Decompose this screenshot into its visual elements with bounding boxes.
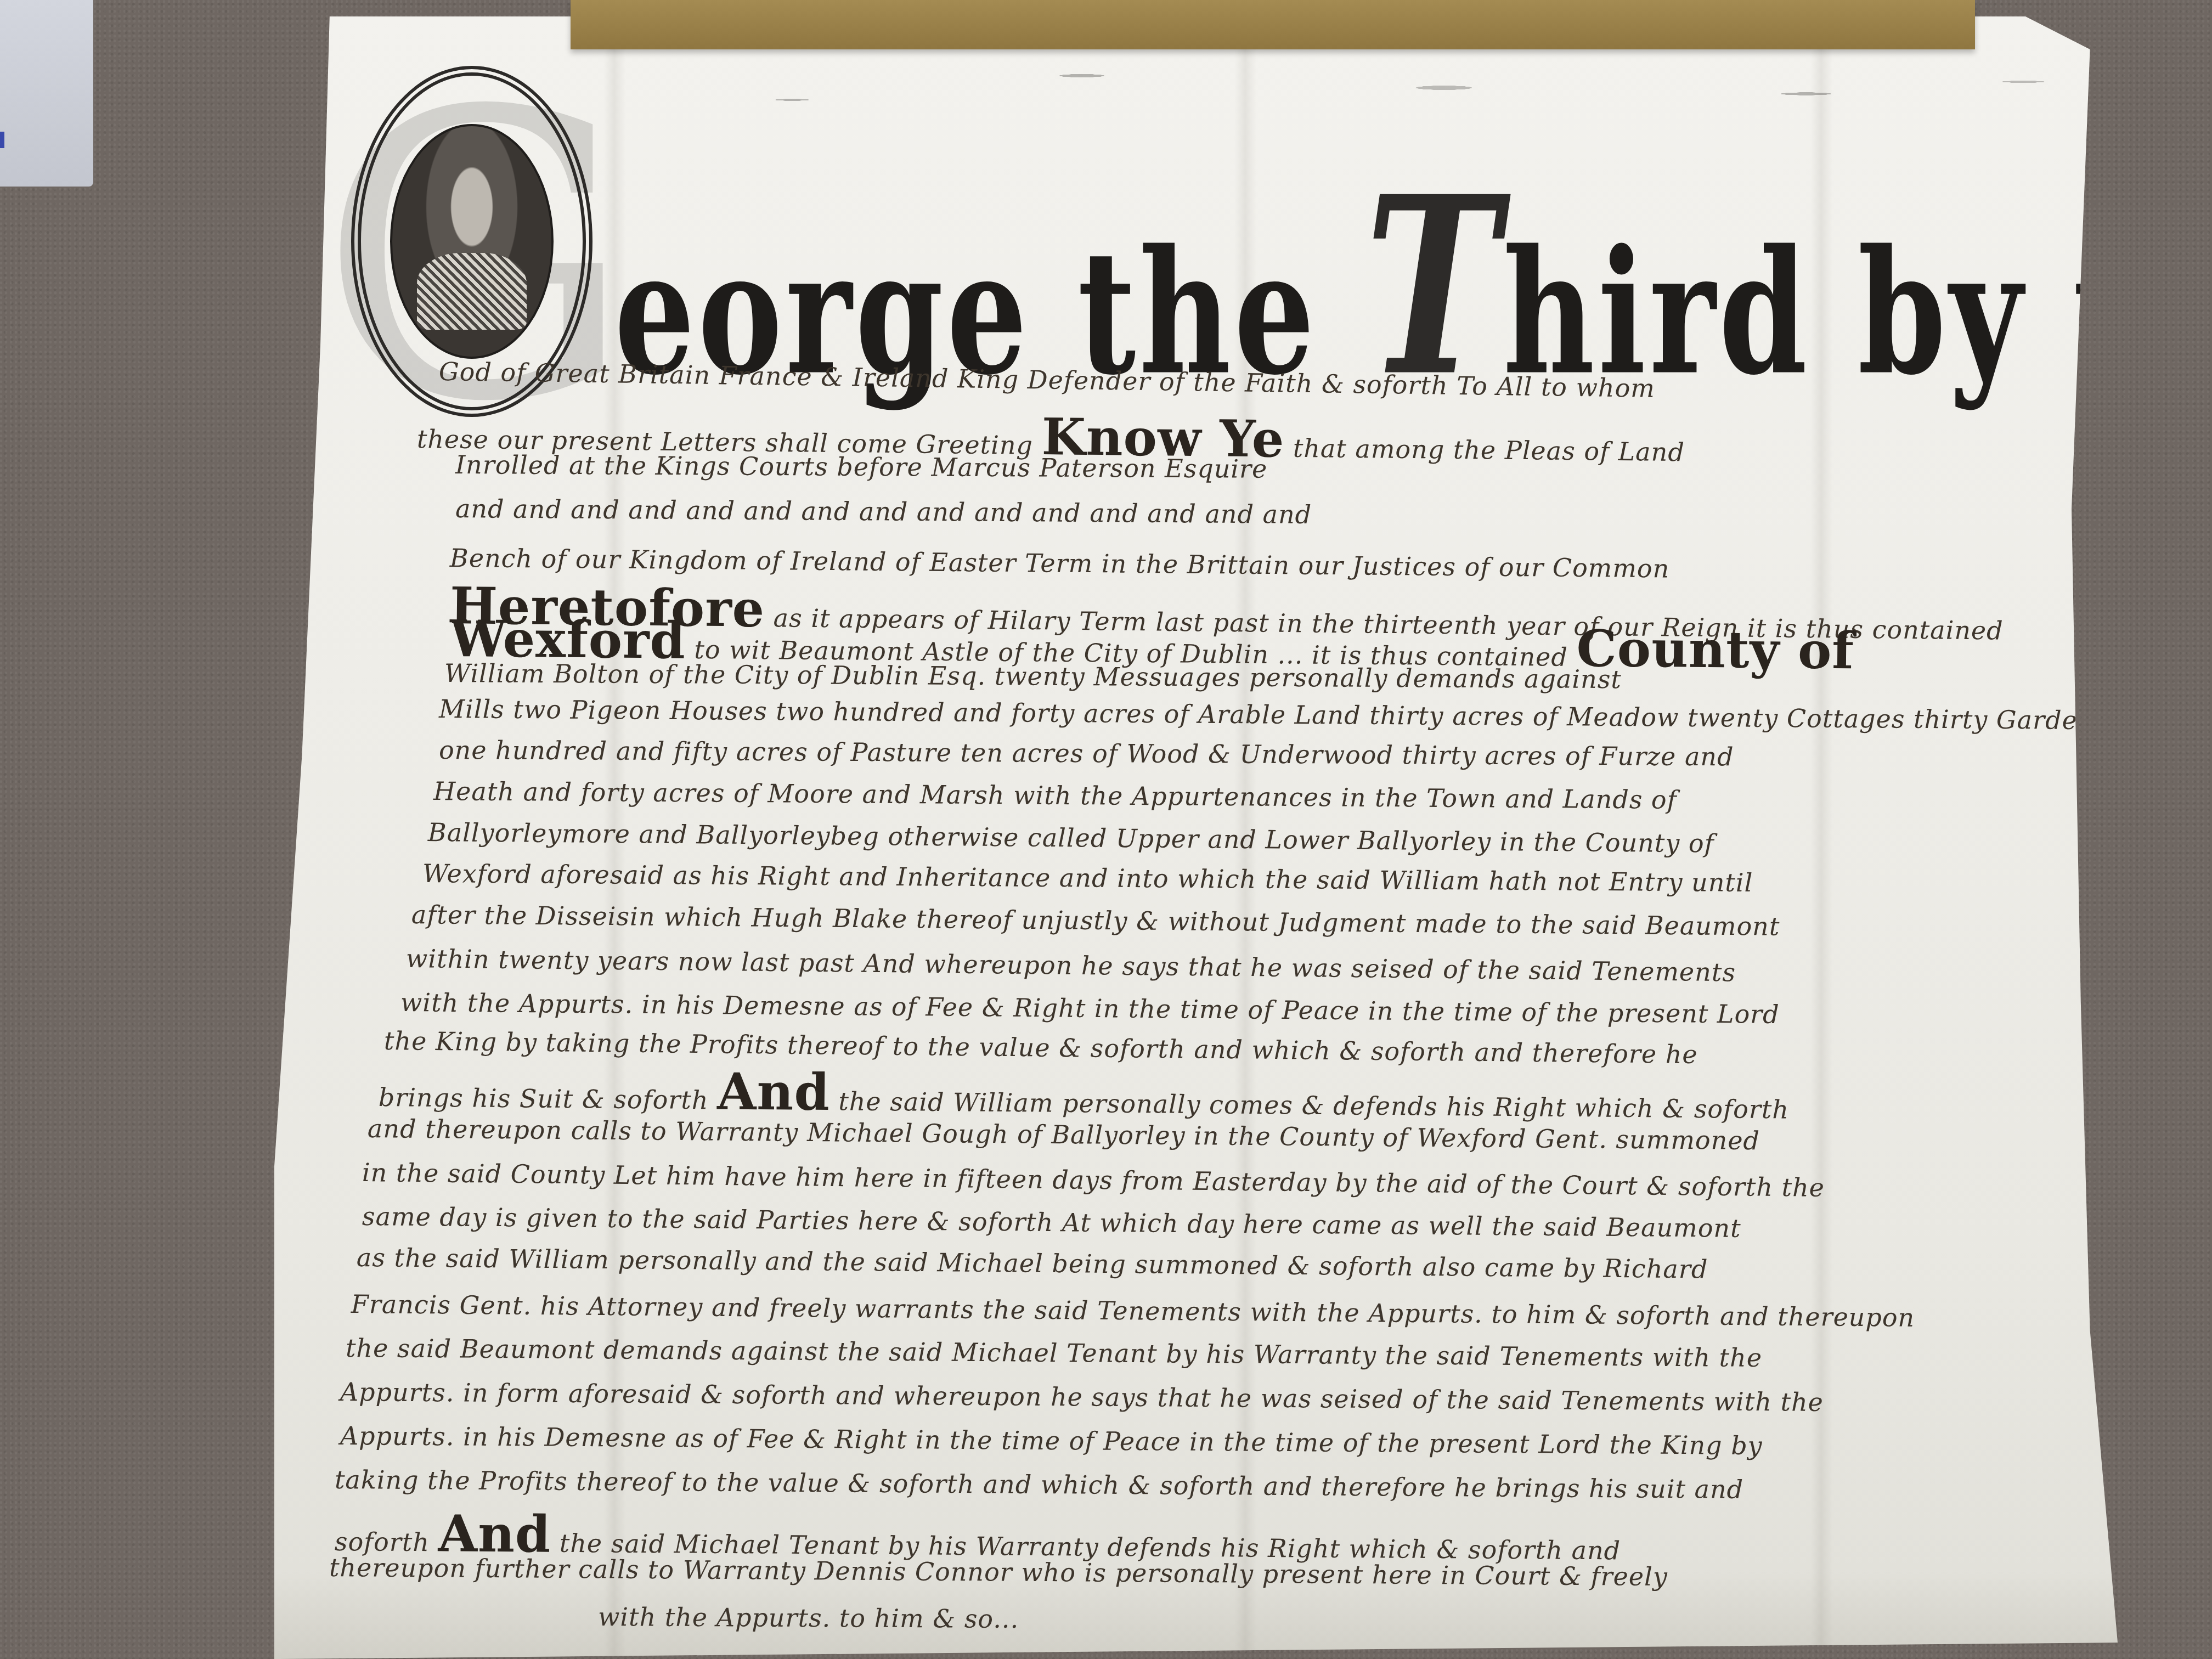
background-object [0, 0, 93, 187]
text-line: Francis Gent. his Attorney and freely wa… [351, 1289, 1915, 1333]
text-line: God of Great Britain France & Ireland Ki… [439, 357, 1656, 403]
text-line: same day is given to the said Parties he… [362, 1201, 1741, 1243]
body-text: God of Great Britain France & Ireland Ki… [274, 16, 2118, 1659]
text-line: as the said William personally and the s… [357, 1243, 1708, 1284]
text-line: Ballyorleymore and Ballyorleybeg otherwi… [428, 817, 1714, 858]
text-line: Wexford aforesaid as his Right and Inher… [422, 859, 1753, 898]
blue-mark [0, 132, 4, 148]
text-line: Heath and forty acres of Moore and Marsh… [433, 776, 1677, 815]
text-line: William Bolton of the City of Dublin Esq… [444, 658, 1622, 694]
text-line: Bench of our Kingdom of Ireland of Easte… [450, 543, 1670, 583]
text-line: within twenty years now last past And wh… [406, 944, 1736, 987]
text-line: Appurts. in his Demesne as of Fee & Righ… [340, 1421, 1763, 1460]
text-line: with the Appurts. to him & so... [598, 1602, 1019, 1634]
text-line: the said Beaumont demands against the sa… [346, 1333, 1762, 1373]
text-line: and and and and and and and and and and … [455, 494, 1312, 529]
text-line: taking the Profits thereof to the value … [335, 1465, 1744, 1504]
text-line: one hundred and fifty acres of Pasture t… [439, 735, 1734, 771]
text-line: in the said County Let him have him here… [362, 1158, 1825, 1203]
text-line: Appurts. in form aforesaid & soforth and… [340, 1377, 1824, 1417]
text-line: Inrolled at the Kings Courts before Marc… [455, 450, 1268, 484]
cardboard-box-edge [571, 0, 1975, 49]
text-line: Mills two Pigeon Houses two hundred and … [439, 694, 2165, 736]
document-parchment: G eorge the Third by the Grace of God of… [274, 16, 2118, 1659]
text-line: after the Disseisin which Hugh Blake the… [411, 900, 1780, 941]
text-line: with the Appurts. in his Demesne as of F… [400, 988, 1780, 1029]
